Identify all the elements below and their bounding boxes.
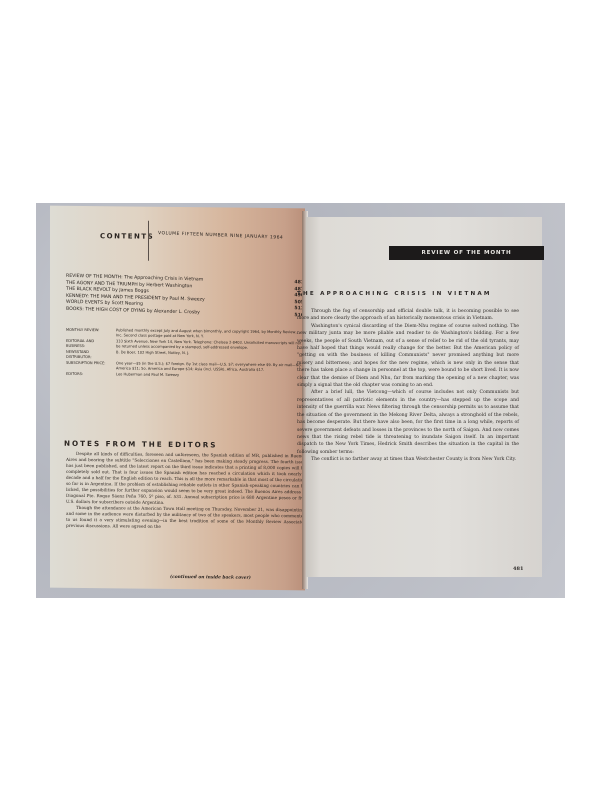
section-banner: REVIEW OF THE MONTH	[389, 246, 544, 260]
table-of-contents: REVIEW OF THE MONTH: The Approaching Cri…	[66, 276, 304, 318]
contents-label: CONTENTS	[100, 232, 154, 241]
article-paragraph: The conflict is no farther away at times…	[297, 456, 519, 463]
notes-body: Despite all kinds of difficulties, fores…	[66, 451, 306, 532]
notes-heading: NOTES FROM THE EDITORS	[64, 439, 217, 450]
article-paragraph: Through the fog of censorship and offici…	[297, 308, 519, 323]
masthead-text: One year—$5 (in the U.S.); $7 foreign. B…	[116, 361, 304, 373]
continued-note: (continued on inside back cover)	[170, 575, 251, 581]
article-body: Through the fog of censorship and offici…	[297, 308, 519, 464]
masthead-label: EDITORS:	[66, 372, 112, 377]
article-paragraph: Washington's cynical discarding of the D…	[297, 323, 519, 390]
masthead-label: NEWSSTAND DISTRIBUTOR:	[66, 350, 112, 360]
masthead-label: SUBSCRIPTION PRICE:	[66, 361, 112, 371]
masthead-text: Leo Huberman and Paul M. Sweezy	[116, 372, 179, 378]
article-title: THE APPROACHING CRISIS IN VIETNAM	[297, 291, 492, 297]
masthead: MONTHLY REVIEW:Published monthly except …	[66, 328, 304, 380]
left-page: CONTENTS VOLUME FIFTEEN NUMBER NINE JANU…	[50, 206, 305, 591]
article-paragraph: After a brief lull, the Vietcong—which o…	[297, 389, 519, 456]
issue-line: VOLUME FIFTEEN NUMBER NINE JANUARY 1964	[158, 231, 283, 241]
notes-paragraph: Though the attendance at the American To…	[66, 505, 306, 532]
divider	[148, 221, 149, 261]
notes-paragraph: Despite all kinds of difficulties, fores…	[66, 451, 306, 508]
masthead-label: MONTHLY REVIEW:	[66, 328, 112, 338]
masthead-text: B. De Boer, 102 High Street, Nutley, N. …	[116, 350, 189, 361]
masthead-label: EDITORIAL AND BUSINESS:	[66, 339, 112, 349]
page-number: 481	[513, 566, 523, 572]
masthead-text: 333 Sixth Avenue, New York 14, New York.…	[116, 339, 304, 351]
masthead-text: Published monthly except July and August…	[116, 328, 304, 340]
